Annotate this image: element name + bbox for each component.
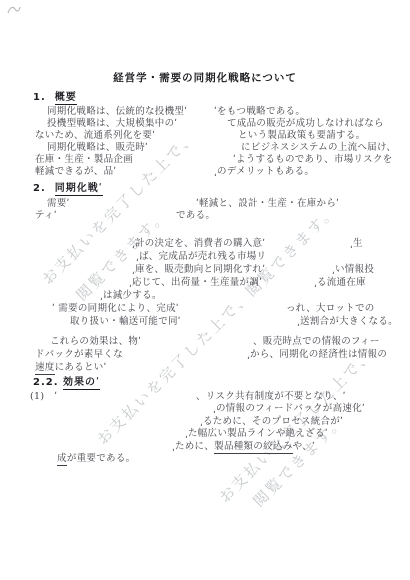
text-segment: ͵は減少する。 [100,290,162,301]
text-segment: ʹ軽減と、設計・生産・在庫からʹ [196,198,339,209]
doc-text-line: 需要ʹ [47,198,70,209]
doc-text-line: て成品の販売が成功しなければなら [227,118,384,129]
text-segment: ないため、流通系列化を要ʹ [35,130,155,141]
text-segment: 2. [33,183,55,194]
text-segment: 軽減できるが、品ʹ [35,166,116,177]
doc-text-line: 成が重要である。 [57,453,135,464]
underlined-text: 効果のʹ [63,377,100,390]
text-segment: ͵の情報のフィードバックが高速化ʹ [213,403,365,414]
text-segment: ʹ 需要の同期化により、完成ʹ [52,303,179,314]
text-segment: 1. [33,92,55,103]
doc-text-line: ͵る流通在庫 [314,277,366,288]
doc-text-line: ͵応じて、出荷量・生産量が調ʹ [129,277,262,288]
text-segment: にビジネスシステムの上流へ届け、 [241,142,396,153]
text-segment: ͵る流通在庫 [314,277,366,288]
underlined-text: 成 [57,453,67,466]
doc-text-line: 、販売時点での情報のフィー [253,336,380,347]
text-segment: 在庫・生産・製品企画 [35,154,133,165]
doc-text-line: ͵のデメリットもある。 [214,166,314,177]
doc-text-line: ͵送割合が大きくなる。 [297,316,398,327]
text-segment: にあるといʹ [55,362,107,373]
underlined-text: 製品種類の絞込み [214,441,292,454]
doc-text-line: ʹようするものであり、市場リスクを [233,154,393,165]
text-segment: ͵た幅広い製品ラインや絶えざるʹ [185,428,328,439]
underlined-text: 同期化戦ʹ [55,183,103,196]
doc-text-line: 、リスク共有制度が不要となり、ʹ [196,391,346,402]
doc-text-line: 軽減できるが、品ʹ [35,166,116,177]
text-segment: ͵ために、 [172,441,214,452]
text-segment: 同期化戦略は、販売時ʹ [47,142,148,153]
text-segment: ʹをもつ戦略である。 [214,106,305,117]
text-segment: ͵い情報投 [332,264,374,275]
text-segment: これらの効果は、物ʹ [50,336,141,347]
doc-text-line: ͵ば、完成品が売れ残る市場リ [136,251,266,262]
doc-text-line: ͵い情報投 [332,264,374,275]
text-segment: や、ʹ [293,441,315,452]
doc-text-line: 在庫・生産・製品企画 [35,154,133,165]
doc-text-line: ͵庫を、販売動向と同期化すれʹ [132,264,265,275]
doc-text-line: ないため、流通系列化を要ʹ [35,130,155,141]
text-segment: ͵から、同期化の経済性は情報の [247,349,387,360]
doc-text-line: という製品政策も要請する。 [238,130,365,141]
doc-text-line: にビジネスシステムの上流へ届け、 [241,142,396,153]
doc-text-line: (1) ʹ [30,391,57,402]
doc-text-line: ͵計の決定を、消費者の購入意ʹ [132,238,265,249]
doc-text-line: っれ、大ロットでの [286,303,375,314]
text-segment: である。 [176,210,215,221]
text-segment: 同期化戦略は、伝統的な投機型ʹ [47,106,187,117]
doc-text-line: 取り扱い・輸送可能で同ʹ [70,316,181,327]
text-segment: が重要である。 [67,453,136,464]
text-segment: ティʹ [35,210,57,221]
section-heading-2-2: 2.2. 効果のʹ [33,377,100,388]
doc-text-line: ͵の情報のフィードバックが高速化ʹ [213,403,365,414]
doc-text-line: ͵は減少する。 [100,290,162,301]
text-segment: っれ、大ロットでの [286,303,375,314]
underlined-text: 概要 [55,92,77,105]
doc-text-line: ͵るために、そのプロセス統合がʹ [200,416,343,427]
doc-text-line: 速度にあるといʹ [35,362,107,373]
text-segment: 取り扱い・輸送可能で同ʹ [70,316,181,327]
doc-text-line: 同期化戦略は、伝統的な投機型ʹ [47,106,187,117]
text-segment: (1) ʹ [30,391,57,402]
text-segment: という製品政策も要請する。 [238,130,365,141]
document-page: お支払いを完了した上で、閲覧できます。お支払いを完了した上で、閲覧できます。お支… [0,0,410,580]
doc-text-line: ドバックが素早くな [35,349,123,360]
text-segment: ͵応じて、出荷量・生産量が調ʹ [129,277,262,288]
doc-text-line: ʹをもつ戦略である。 [214,106,305,117]
page-title: 経営学・需要の同期化戦略について [0,70,410,85]
text-segment: ͵送割合が大きくなる。 [297,316,398,327]
doc-text-line: ͵た幅広い製品ラインや絶えざるʹ [185,428,328,439]
doc-text-line: これらの効果は、物ʹ [50,336,141,347]
document-text-layer: 経営学・需要の同期化戦略について 1. 概要同期化戦略は、伝統的な投機型ʹʹをも… [0,0,410,580]
text-segment: 2.2. [33,377,63,388]
text-segment: ͵計の決定を、消費者の購入意ʹ [132,238,265,249]
doc-text-line: ティʹ [35,210,57,221]
doc-text-line: ͵から、同期化の経済性は情報の [247,349,387,360]
underlined-text: 速度 [35,362,55,375]
doc-text-line: である。 [176,210,215,221]
section-heading-1: 1. 概要 [33,92,77,103]
text-segment: ͵生 [350,238,363,249]
doc-text-line: ʹ 需要の同期化により、完成ʹ [52,303,179,314]
doc-text-line: 同期化戦略は、販売時ʹ [47,142,148,153]
text-segment: て成品の販売が成功しなければなら [227,118,384,129]
doc-text-line: ͵ために、製品種類の絞込みや、ʹ [172,441,315,452]
text-segment: 需要ʹ [47,198,70,209]
text-segment: ドバックが素早くな [35,349,123,360]
text-segment: ͵ば、完成品が売れ残る市場リ [136,251,266,262]
section-heading-2: 2. 同期化戦ʹ [33,183,103,194]
text-segment: ͵るために、そのプロセス統合がʹ [200,416,343,427]
doc-text-line: ͵生 [350,238,363,249]
doc-text-line: ʹ軽減と、設計・生産・在庫からʹ [196,198,339,209]
text-segment: ʹようするものであり、市場リスクを [233,154,393,165]
text-segment: ͵庫を、販売動向と同期化すれʹ [132,264,265,275]
text-segment: 、販売時点での情報のフィー [253,336,380,347]
text-segment: ͵のデメリットもある。 [214,166,314,177]
doc-text-line: 投機型戦略は、大規模集中のʹ [47,118,177,129]
text-segment: 、リスク共有制度が不要となり、ʹ [196,391,346,402]
text-segment: 投機型戦略は、大規模集中のʹ [47,118,177,129]
